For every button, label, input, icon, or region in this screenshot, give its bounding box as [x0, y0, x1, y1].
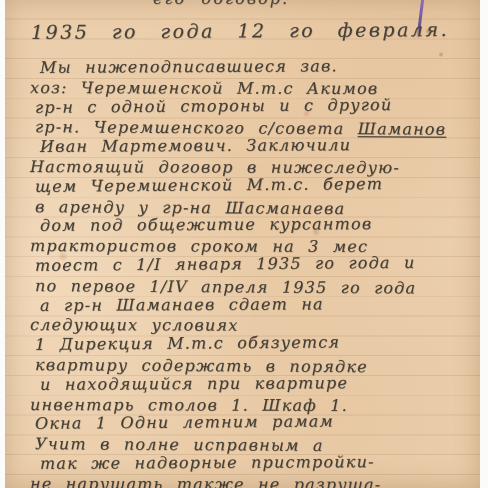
document-line: Окна 1 Одни летним рамам: [13, 411, 481, 434]
date-line: 1935 го года 12 го февраля.: [13, 18, 481, 45]
document-line: тоест с 1/I января 1935 го года и: [13, 252, 481, 275]
document-line: 1 Дирекция М.т.с обязуется: [13, 331, 481, 354]
document-line: и находящийся при квартире: [13, 372, 481, 394]
handwritten-text-block: его договор. 1935 го года 12 го февраля.…: [13, 0, 481, 488]
document-line: гр-н с одной стороны и с другой: [13, 94, 481, 117]
aged-paper-sheet: его договор. 1935 го года 12 го февраля.…: [5, 0, 480, 488]
document-lines: Мы нижеподписавшиеся зав.хоз: Черемшенск…: [13, 58, 481, 488]
document-line: а гр-н Шаманаев сдает на: [13, 293, 481, 315]
document-line: Мы нижеподписавшиеся зав.: [13, 56, 481, 78]
document-line: так же надворные пристройки-: [13, 451, 481, 473]
document-line: щем Черемшенской М.т.с. берет: [13, 173, 481, 196]
document-line: Иван Мартемович. Заключили: [13, 135, 481, 157]
document-line: дом под общежитие курсантов: [13, 214, 481, 236]
document-line: не нарушать также не разруша-: [13, 474, 481, 488]
clipped-top-line: его договор.: [153, 0, 289, 10]
